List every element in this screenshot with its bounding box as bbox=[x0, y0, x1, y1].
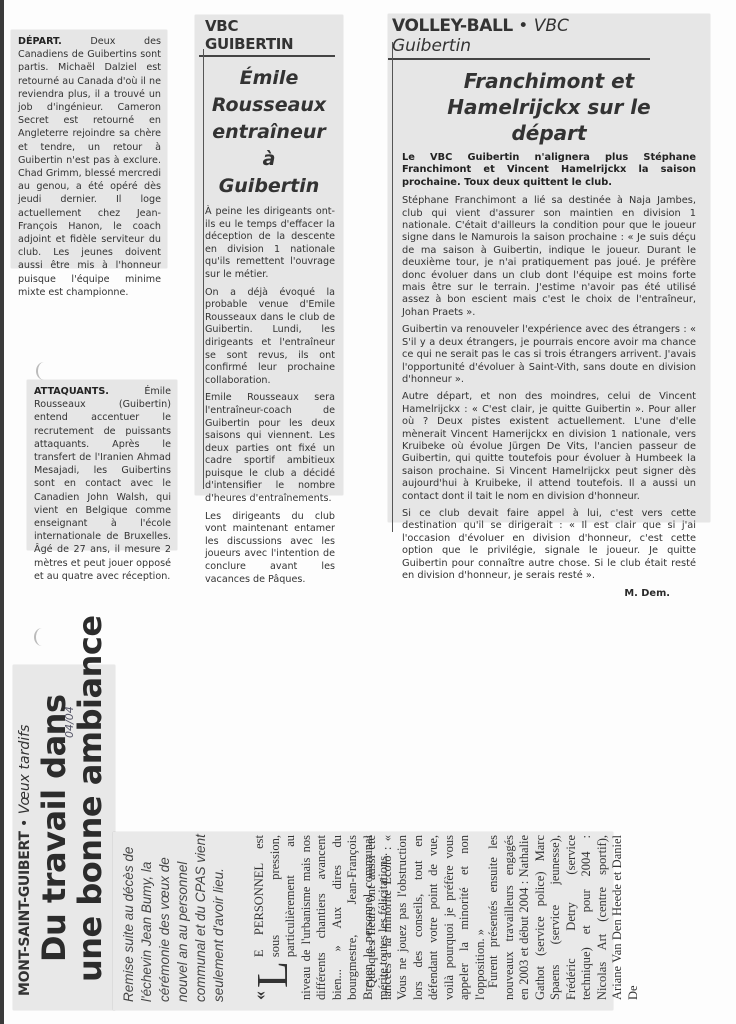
dropcap: L bbox=[254, 961, 292, 988]
article-voeux-kicker: MONT-SAINT-GUIBERT • Vœux tardifs bbox=[14, 667, 36, 1002]
scan-edge bbox=[0, 0, 4, 1024]
punch-hole-2 bbox=[34, 628, 50, 646]
brief-attaquants-lead: ATTAQUANTS. bbox=[34, 386, 109, 397]
column-rule bbox=[203, 49, 204, 489]
column-rule bbox=[392, 42, 393, 532]
article-franchimont-title: Franchimont et Hamelrijckx sur le départ bbox=[388, 68, 710, 146]
article-rousseaux-kicker: VBC GUIBERTIN bbox=[199, 15, 335, 57]
brief-depart: DÉPART. Deux des Canadiens de Guibertins… bbox=[11, 30, 167, 268]
brief-depart-text: Deux des Canadiens de Guibertins sont pa… bbox=[18, 36, 161, 298]
kicker-bullet: • bbox=[518, 16, 528, 36]
kicker-topic: Vœux tardifs bbox=[17, 725, 33, 815]
article-rousseaux-title: Émile Rousseaux entraîneur à Guibertin bbox=[195, 65, 343, 200]
kicker-place: MONT-SAINT-GUIBERT bbox=[17, 831, 33, 996]
paragraph: Si ce club devait faire appel à lui, c'e… bbox=[402, 508, 696, 582]
article-voeux-col3-text: Furent présentés ensuite les nouveaux tr… bbox=[486, 835, 641, 1000]
article-voeux-intro-text: Remise suite au décès de l'échevin Jean … bbox=[120, 832, 228, 1002]
paragraph: On a déjà évoqué la probable venue d'Emi… bbox=[205, 287, 335, 388]
paragraph: À peine les dirigeants ont-ils eu le tem… bbox=[205, 206, 335, 282]
article-franchimont: VOLLEY-BALL • VBC Guibertin Franchimont … bbox=[388, 14, 710, 522]
brief-attaquants-text: Émile Rousseaux (Guibertin) entend accen… bbox=[34, 386, 171, 582]
paragraph: Emile Rousseaux sera l'entraîneur-coach … bbox=[205, 392, 335, 505]
brief-attaquants: ATTAQUANTS. Émile Rousseaux (Guibertin) … bbox=[27, 380, 177, 550]
article-franchimont-body: Stéphane Franchimont a lié sa destinée à… bbox=[388, 195, 710, 582]
paragraph: Guibertin va renouveler l'expérience ave… bbox=[402, 324, 696, 386]
paragraph: Stéphane Franchimont a lié sa destinée à… bbox=[402, 195, 696, 319]
paragraph: Les dirigeants du club vont maintenant e… bbox=[205, 511, 335, 587]
article-franchimont-lead: Le VBC Guibertin n'alignera plus Stéphan… bbox=[388, 152, 710, 189]
kicker-sport: VOLLEY-BALL bbox=[392, 16, 513, 36]
article-rousseaux-body: À peine les dirigeants ont-ils eu le tem… bbox=[195, 206, 343, 590]
punch-hole-1 bbox=[36, 362, 52, 380]
article-rousseaux: VBC GUIBERTIN Émile Rousseaux entraîneur… bbox=[195, 15, 343, 495]
article-franchimont-kicker: VOLLEY-BALL • VBC Guibertin bbox=[388, 14, 650, 60]
kicker-bullet: • bbox=[17, 819, 33, 827]
article-signature: M. Dem. bbox=[388, 582, 710, 603]
paragraph: Autre départ, et non des moindres, celui… bbox=[402, 391, 696, 503]
article-voeux-col2-text: Quelques fleurs ont aussi été lancées à … bbox=[364, 835, 488, 1000]
brief-depart-lead: DÉPART. bbox=[18, 36, 62, 47]
quote-open: « bbox=[252, 991, 268, 1000]
handwritten-date-text: 04/04 bbox=[63, 706, 76, 738]
article-voeux-title-line2: une bonne ambiance bbox=[72, 667, 108, 1002]
